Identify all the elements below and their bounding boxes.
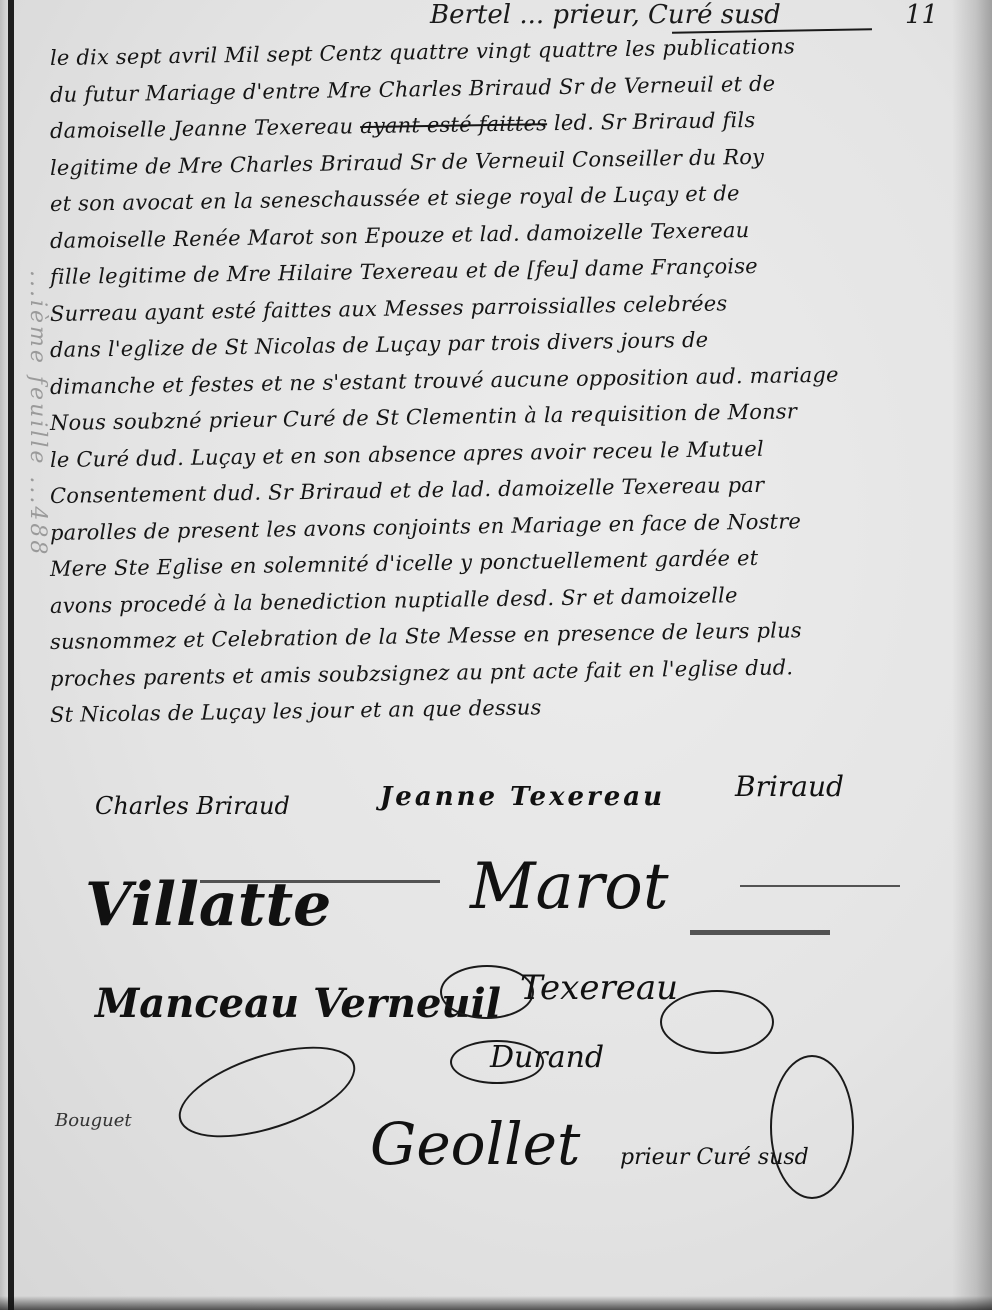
signature-villatte: Villatte	[85, 870, 331, 940]
signature-jeanne-texereau: Jeanne Texereau	[380, 782, 665, 812]
signature-geollet: Geollet	[370, 1110, 580, 1178]
signatures-block: Charles Briraud Jeanne Texereau Briraud …	[0, 0, 992, 1310]
flourish-icon	[770, 1055, 854, 1199]
flourish-icon	[660, 990, 774, 1054]
signature-stroke	[690, 930, 830, 935]
signature-durand: Durand	[490, 1040, 604, 1075]
signature-prieur-cure: prieur Curé susd	[620, 1145, 809, 1170]
signature-charles-briraud: Charles Briraud	[95, 792, 290, 820]
signature-texereau: Texereau	[520, 968, 678, 1008]
signature-marot: Marot	[470, 850, 669, 924]
signature-briraud: Briraud	[735, 770, 844, 803]
signature-bouguet: Bouguet	[55, 1110, 132, 1131]
register-page: ...ième feuille ...488 Bertel ... prieur…	[0, 0, 992, 1310]
signature-stroke	[740, 885, 900, 887]
flourish-icon	[168, 1028, 366, 1155]
